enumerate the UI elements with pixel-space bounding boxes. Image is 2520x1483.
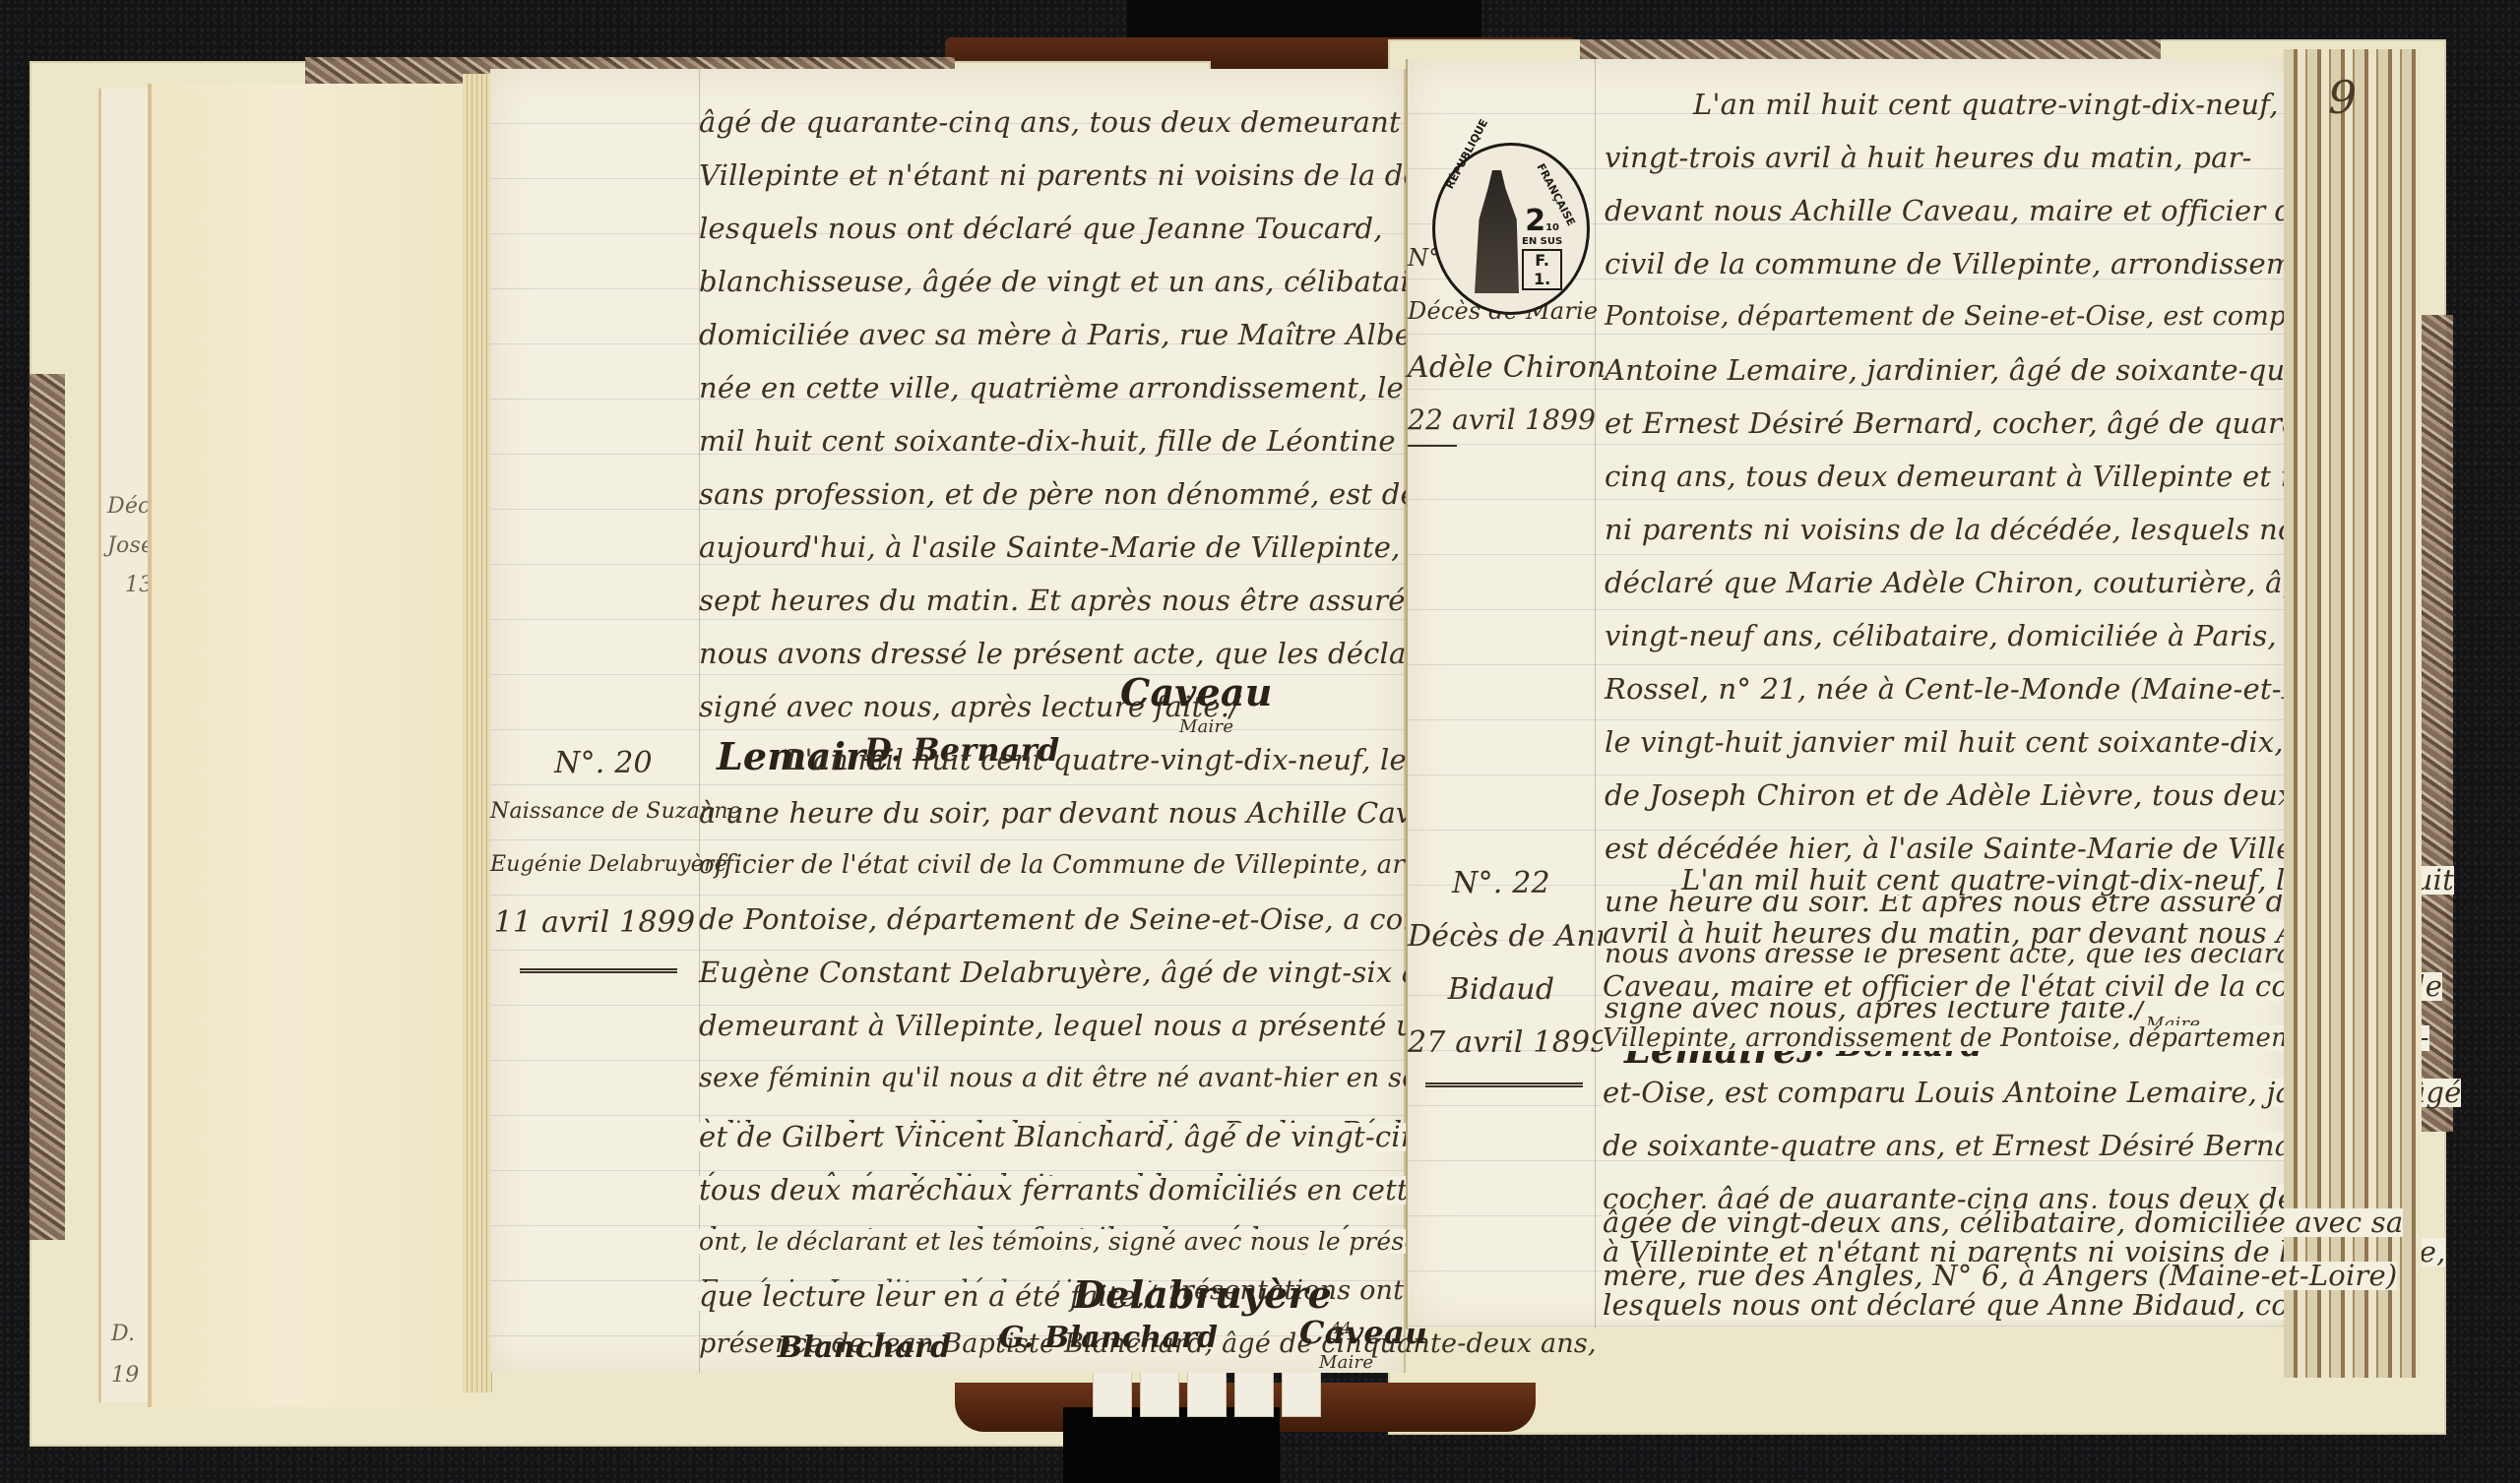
justice-figure-icon — [1475, 170, 1519, 293]
cradle-shadow-bottom — [1063, 1407, 1280, 1483]
blank-endpaper — [148, 84, 482, 1407]
entry-22-body: L'an mil huit cent quatre-vingt-dix-neuf… — [1603, 846, 2292, 1319]
page-number: 9 — [2328, 71, 2357, 124]
marbled-cover-edge — [30, 374, 65, 1240]
revenue-stamp: RÉPUBLIQUE FRANÇAISE 210 EN SUS F.1. — [1432, 143, 1590, 315]
flyleaf-entry-bottom: D. 19 — [111, 1314, 139, 1396]
stamp-value: 210 EN SUS F.1. — [1522, 207, 1562, 290]
page-edges-right — [2284, 49, 2422, 1378]
entry-20-tail: et de Gilbert Vincent Blanchard, âgé de … — [699, 1122, 1408, 1378]
folio-number: 44 — [1331, 1319, 1352, 1337]
entry-separator — [1425, 1082, 1583, 1087]
entry-separator — [520, 968, 677, 973]
page-edges-left — [463, 74, 492, 1392]
entry-separator — [1408, 445, 1457, 450]
margin-rule — [1595, 59, 1596, 1329]
